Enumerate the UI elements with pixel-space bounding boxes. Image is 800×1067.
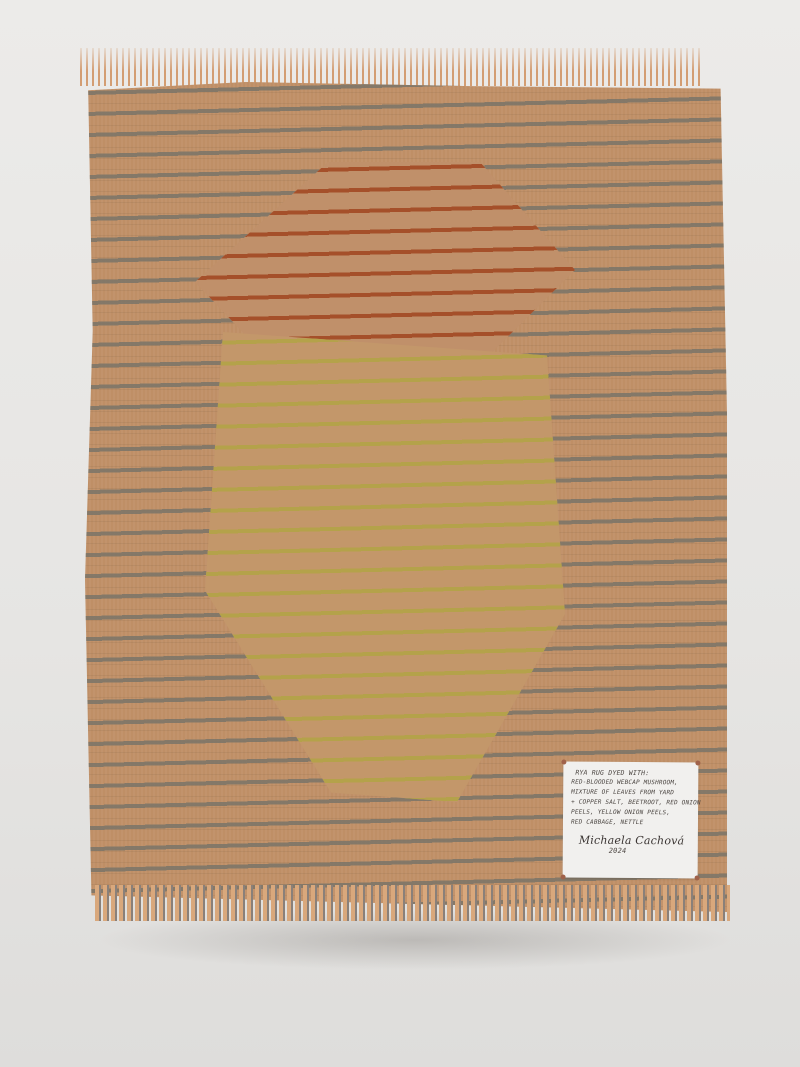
rug-bottom-fringe xyxy=(95,885,730,921)
pin-icon xyxy=(561,760,566,765)
handwritten-label: Rya rug dyed with: Red-blooded webcap mu… xyxy=(563,762,699,879)
label-line: red cabbage, nettle xyxy=(571,818,692,829)
label-year: 2024 xyxy=(609,846,692,857)
pin-icon xyxy=(695,760,700,765)
pin-icon xyxy=(561,875,566,880)
pin-icon xyxy=(695,875,700,880)
artist-signature: Michaela Cachová xyxy=(579,836,692,847)
rug-top-fringe xyxy=(80,48,700,86)
